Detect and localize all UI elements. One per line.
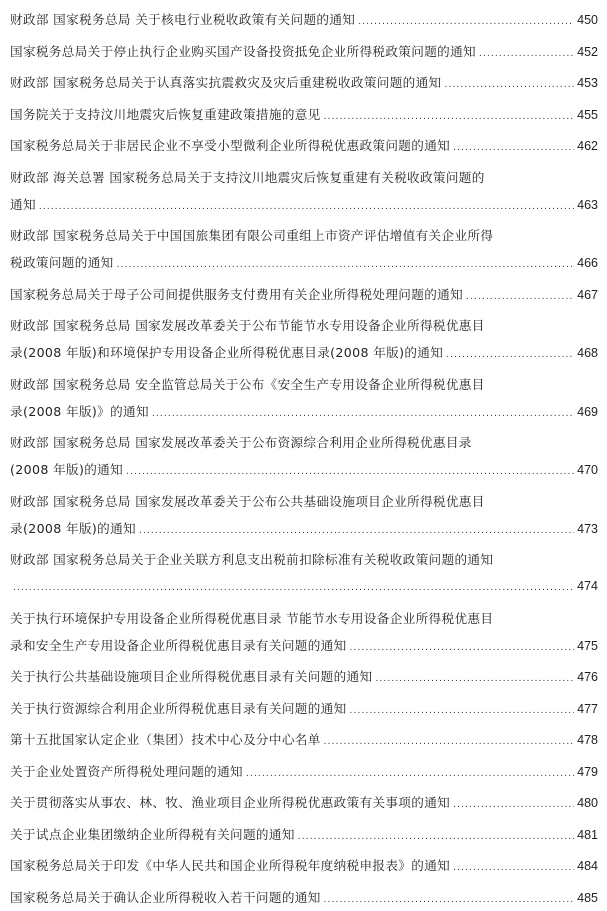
- toc-entry-line: (2008 年版)的通知470: [10, 456, 598, 483]
- toc-entry-title: 关于执行资源综合利用企业所得税优惠目录有关问题的通知: [10, 695, 347, 722]
- toc-entry-title: 第十五批国家认定企业（集团）技术中心及分中心名单: [10, 726, 321, 753]
- toc-entry-line: 第十五批国家认定企业（集团）技术中心及分中心名单478: [10, 726, 598, 753]
- dot-leader: [466, 283, 574, 308]
- toc-entry-title: 关于执行公共基础设施项目企业所得税优惠目录有关问题的通知: [10, 663, 372, 690]
- toc-entry-line: 录和安全生产专用设备企业所得税优惠目录有关问题的通知475: [10, 632, 598, 659]
- toc-entry-line: 财政部 国家税务总局 安全监管总局关于公布《安全生产专用设备企业所得税优惠目: [10, 371, 598, 398]
- page-number: 450: [577, 7, 598, 33]
- toc-entry-line: 关于执行环境保护专用设备企业所得税优惠目录 节能节水专用设备企业所得税优惠目: [10, 605, 598, 632]
- toc-entry-title: 国务院关于支持汶川地震灾后恢复重建政策措施的意见: [10, 101, 321, 128]
- toc-entry-title: 财政部 国家税务总局 国家发展改革委关于公布资源综合利用企业所得税优惠目录: [10, 429, 472, 456]
- page-number: 470: [577, 457, 598, 483]
- toc-entry[interactable]: 财政部 国家税务总局 国家发展改革委关于公布节能节水专用设备企业所得税优惠目录(…: [10, 312, 598, 366]
- toc-entry[interactable]: 财政部 国家税务总局关于企业关联方利息支出税前扣除标准有关税收政策问题的通知47…: [10, 546, 598, 600]
- toc-entry[interactable]: 财政部 海关总署 国家税务总局关于支持汶川地震灾后恢复重建有关税收政策问题的通知…: [10, 164, 598, 218]
- toc-entry-title: 财政部 海关总署 国家税务总局关于支持汶川地震灾后恢复重建有关税收政策问题的: [10, 164, 485, 191]
- toc-entry-line: 录(2008 年版)的通知473: [10, 515, 598, 542]
- page-number: 452: [577, 39, 598, 65]
- toc-entry-line: 财政部 国家税务总局关于中国国旅集团有限公司重组上市资产评估增值有关企业所得: [10, 222, 598, 249]
- toc-entry-line: 关于贯彻落实从事农、林、牧、渔业项目企业所得税优惠政策有关事项的通知480: [10, 789, 598, 816]
- toc-entry[interactable]: 关于执行资源综合利用企业所得税优惠目录有关问题的通知477: [10, 695, 598, 722]
- dot-leader: [246, 760, 574, 785]
- dot-leader: [453, 134, 574, 159]
- page-number: 481: [577, 822, 598, 848]
- toc-entry-title: 国家税务总局关于非居民企业不享受小型微利企业所得税优惠政策问题的通知: [10, 132, 450, 159]
- toc-entry[interactable]: 财政部 国家税务总局关于认真落实抗震救灾及灾后重建税收政策问题的通知453: [10, 69, 598, 96]
- page-number: 480: [577, 790, 598, 816]
- page-number: 467: [577, 282, 598, 308]
- toc-entry-title: 财政部 国家税务总局关于中国国旅集团有限公司重组上市资产评估增值有关企业所得: [10, 222, 493, 249]
- toc-entry[interactable]: 国务院关于支持汶川地震灾后恢复重建政策措施的意见455: [10, 101, 598, 128]
- page-number: 476: [577, 664, 598, 690]
- toc-entry-line: 国家税务总局关于印发《中华人民共和国企业所得税年度纳税申报表》的通知484: [10, 852, 598, 879]
- toc-entry-title: 录(2008 年版)》的通知: [10, 398, 149, 425]
- toc-entry-line: 财政部 国家税务总局 国家发展改革委关于公布资源综合利用企业所得税优惠目录: [10, 429, 598, 456]
- page-number: 473: [577, 516, 598, 542]
- toc-entry[interactable]: 财政部 国家税务总局 国家发展改革委关于公布公共基础设施项目企业所得税优惠目录(…: [10, 488, 598, 542]
- toc-entry-title: 财政部 国家税务总局关于企业关联方利息支出税前扣除标准有关税收政策问题的通知: [10, 546, 493, 573]
- toc-entry[interactable]: 国家税务总局关于停止执行企业购买国产设备投资抵免企业所得税政策问题的通知452: [10, 38, 598, 65]
- toc-entry-title: 财政部 国家税务总局 国家发展改革委关于公布公共基础设施项目企业所得税优惠目: [10, 488, 485, 515]
- dot-leader: [446, 341, 574, 366]
- toc-entry-line: 474: [10, 573, 598, 600]
- dot-leader: [324, 103, 574, 128]
- toc-entry-line: 财政部 国家税务总局关于认真落实抗震救灾及灾后重建税收政策问题的通知453: [10, 69, 598, 96]
- toc-entry-title: 财政部 国家税务总局 国家发展改革委关于公布节能节水专用设备企业所得税优惠目: [10, 312, 485, 339]
- page-number: 469: [577, 399, 598, 425]
- toc-entry-line: 财政部 国家税务总局 国家发展改革委关于公布公共基础设施项目企业所得税优惠目: [10, 488, 598, 515]
- page-number: 453: [577, 70, 598, 96]
- page-number: 463: [577, 192, 598, 218]
- dot-leader: [453, 791, 574, 816]
- dot-leader: [324, 886, 574, 911]
- dot-leader: [324, 728, 574, 753]
- toc-entry-line: 录(2008 年版)》的通知469: [10, 398, 598, 425]
- dot-leader: [39, 193, 574, 218]
- table-of-contents: 财政部 国家税务总局 关于核电行业税收政策有关问题的通知450国家税务总局关于停…: [10, 6, 598, 911]
- toc-entry[interactable]: 国家税务总局关于确认企业所得税收入若干问题的通知485: [10, 884, 598, 911]
- toc-entry-title: 财政部 国家税务总局关于认真落实抗震救灾及灾后重建税收政策问题的通知: [10, 69, 442, 96]
- toc-entry-line: 关于执行公共基础设施项目企业所得税优惠目录有关问题的通知476: [10, 663, 598, 690]
- page-number: 478: [577, 727, 598, 753]
- toc-entry-line: 财政部 国家税务总局关于企业关联方利息支出税前扣除标准有关税收政策问题的通知: [10, 546, 598, 573]
- dot-leader: [139, 517, 574, 542]
- dot-leader: [13, 574, 574, 600]
- page-number: 462: [577, 133, 598, 159]
- toc-entry-title: 财政部 国家税务总局 关于核电行业税收政策有关问题的通知: [10, 6, 355, 33]
- toc-entry-line: 关于企业处置资产所得税处理问题的通知479: [10, 758, 598, 785]
- toc-entry-line: 关于试点企业集团缴纳企业所得税有关问题的通知481: [10, 821, 598, 848]
- dot-leader: [453, 854, 574, 879]
- dot-leader: [358, 8, 574, 33]
- toc-entry-title: 国家税务总局关于母子公司间提供服务支付费用有关企业所得税处理问题的通知: [10, 281, 463, 308]
- toc-entry-line: 国家税务总局关于确认企业所得税收入若干问题的通知485: [10, 884, 598, 911]
- toc-entry-line: 通知463: [10, 191, 598, 218]
- toc-entry[interactable]: 关于贯彻落实从事农、林、牧、渔业项目企业所得税优惠政策有关事项的通知480: [10, 789, 598, 816]
- toc-entry-title: 关于企业处置资产所得税处理问题的通知: [10, 758, 243, 785]
- toc-entry-title: 录(2008 年版)的通知: [10, 515, 136, 542]
- page-number: 485: [577, 885, 598, 911]
- page-number: 484: [577, 853, 598, 879]
- toc-entry-line: 录(2008 年版)和环境保护专用设备企业所得税优惠目录(2008 年版)的通知…: [10, 339, 598, 366]
- dot-leader: [375, 665, 574, 690]
- toc-entry-line: 财政部 国家税务总局 关于核电行业税收政策有关问题的通知450: [10, 6, 598, 33]
- toc-entry[interactable]: 国家税务总局关于非居民企业不享受小型微利企业所得税优惠政策问题的通知462: [10, 132, 598, 159]
- page-number: 466: [577, 250, 598, 276]
- toc-entry[interactable]: 关于执行公共基础设施项目企业所得税优惠目录有关问题的通知476: [10, 663, 598, 690]
- toc-entry[interactable]: 关于企业处置资产所得税处理问题的通知479: [10, 758, 598, 785]
- toc-entry-line: 国家税务总局关于停止执行企业购买国产设备投资抵免企业所得税政策问题的通知452: [10, 38, 598, 65]
- toc-entry[interactable]: 财政部 国家税务总局 关于核电行业税收政策有关问题的通知450: [10, 6, 598, 33]
- toc-entry-line: 财政部 国家税务总局 国家发展改革委关于公布节能节水专用设备企业所得税优惠目: [10, 312, 598, 339]
- toc-entry-line: 税政策问题的通知466: [10, 249, 598, 276]
- toc-entry[interactable]: 关于执行环境保护专用设备企业所得税优惠目录 节能节水专用设备企业所得税优惠目录和…: [10, 605, 598, 659]
- page-number: 477: [577, 696, 598, 722]
- toc-entry[interactable]: 国家税务总局关于母子公司间提供服务支付费用有关企业所得税处理问题的通知467: [10, 281, 598, 308]
- dot-leader: [152, 400, 574, 425]
- page-number: 475: [577, 633, 598, 659]
- dot-leader: [298, 823, 574, 848]
- page-number: 474: [577, 573, 598, 600]
- toc-entry-title: 国家税务总局关于停止执行企业购买国产设备投资抵免企业所得税政策问题的通知: [10, 38, 476, 65]
- toc-entry-title: 税政策问题的通知: [10, 249, 114, 276]
- dot-leader: [479, 40, 574, 65]
- toc-entry-title: 录和安全生产专用设备企业所得税优惠目录有关问题的通知: [10, 632, 347, 659]
- toc-entry-title: 关于贯彻落实从事农、林、牧、渔业项目企业所得税优惠政策有关事项的通知: [10, 789, 450, 816]
- toc-entry-title: 关于试点企业集团缴纳企业所得税有关问题的通知: [10, 821, 295, 848]
- toc-entry-line: 国家税务总局关于非居民企业不享受小型微利企业所得税优惠政策问题的通知462: [10, 132, 598, 159]
- toc-entry-title: 国家税务总局关于确认企业所得税收入若干问题的通知: [10, 884, 321, 911]
- dot-leader: [445, 71, 575, 96]
- toc-entry-line: 国务院关于支持汶川地震灾后恢复重建政策措施的意见455: [10, 101, 598, 128]
- toc-entry-title: (2008 年版)的通知: [10, 456, 123, 483]
- toc-entry[interactable]: 财政部 国家税务总局 安全监管总局关于公布《安全生产专用设备企业所得税优惠目录(…: [10, 371, 598, 425]
- toc-entry-line: 关于执行资源综合利用企业所得税优惠目录有关问题的通知477: [10, 695, 598, 722]
- toc-entry[interactable]: 第十五批国家认定企业（集团）技术中心及分中心名单478: [10, 726, 598, 753]
- toc-entry-line: 国家税务总局关于母子公司间提供服务支付费用有关企业所得税处理问题的通知467: [10, 281, 598, 308]
- dot-leader: [117, 251, 575, 276]
- toc-entry[interactable]: 财政部 国家税务总局关于中国国旅集团有限公司重组上市资产评估增值有关企业所得税政…: [10, 222, 598, 276]
- toc-entry-title: 录(2008 年版)和环境保护专用设备企业所得税优惠目录(2008 年版)的通知: [10, 339, 443, 366]
- page-number: 479: [577, 759, 598, 785]
- toc-entry-title: 财政部 国家税务总局 安全监管总局关于公布《安全生产专用设备企业所得税优惠目: [10, 371, 485, 398]
- dot-leader: [350, 634, 575, 659]
- dot-leader: [126, 458, 574, 483]
- page-number: 455: [577, 102, 598, 128]
- toc-entry-title: 关于执行环境保护专用设备企业所得税优惠目录 节能节水专用设备企业所得税优惠目: [10, 605, 493, 632]
- toc-entry-title: 通知: [10, 191, 36, 218]
- page-number: 468: [577, 340, 598, 366]
- toc-entry[interactable]: 国家税务总局关于印发《中华人民共和国企业所得税年度纳税申报表》的通知484: [10, 852, 598, 879]
- dot-leader: [350, 697, 575, 722]
- toc-entry-line: 财政部 海关总署 国家税务总局关于支持汶川地震灾后恢复重建有关税收政策问题的: [10, 164, 598, 191]
- toc-entry[interactable]: 关于试点企业集团缴纳企业所得税有关问题的通知481: [10, 821, 598, 848]
- toc-entry[interactable]: 财政部 国家税务总局 国家发展改革委关于公布资源综合利用企业所得税优惠目录(20…: [10, 429, 598, 483]
- toc-entry-title: 国家税务总局关于印发《中华人民共和国企业所得税年度纳税申报表》的通知: [10, 852, 450, 879]
